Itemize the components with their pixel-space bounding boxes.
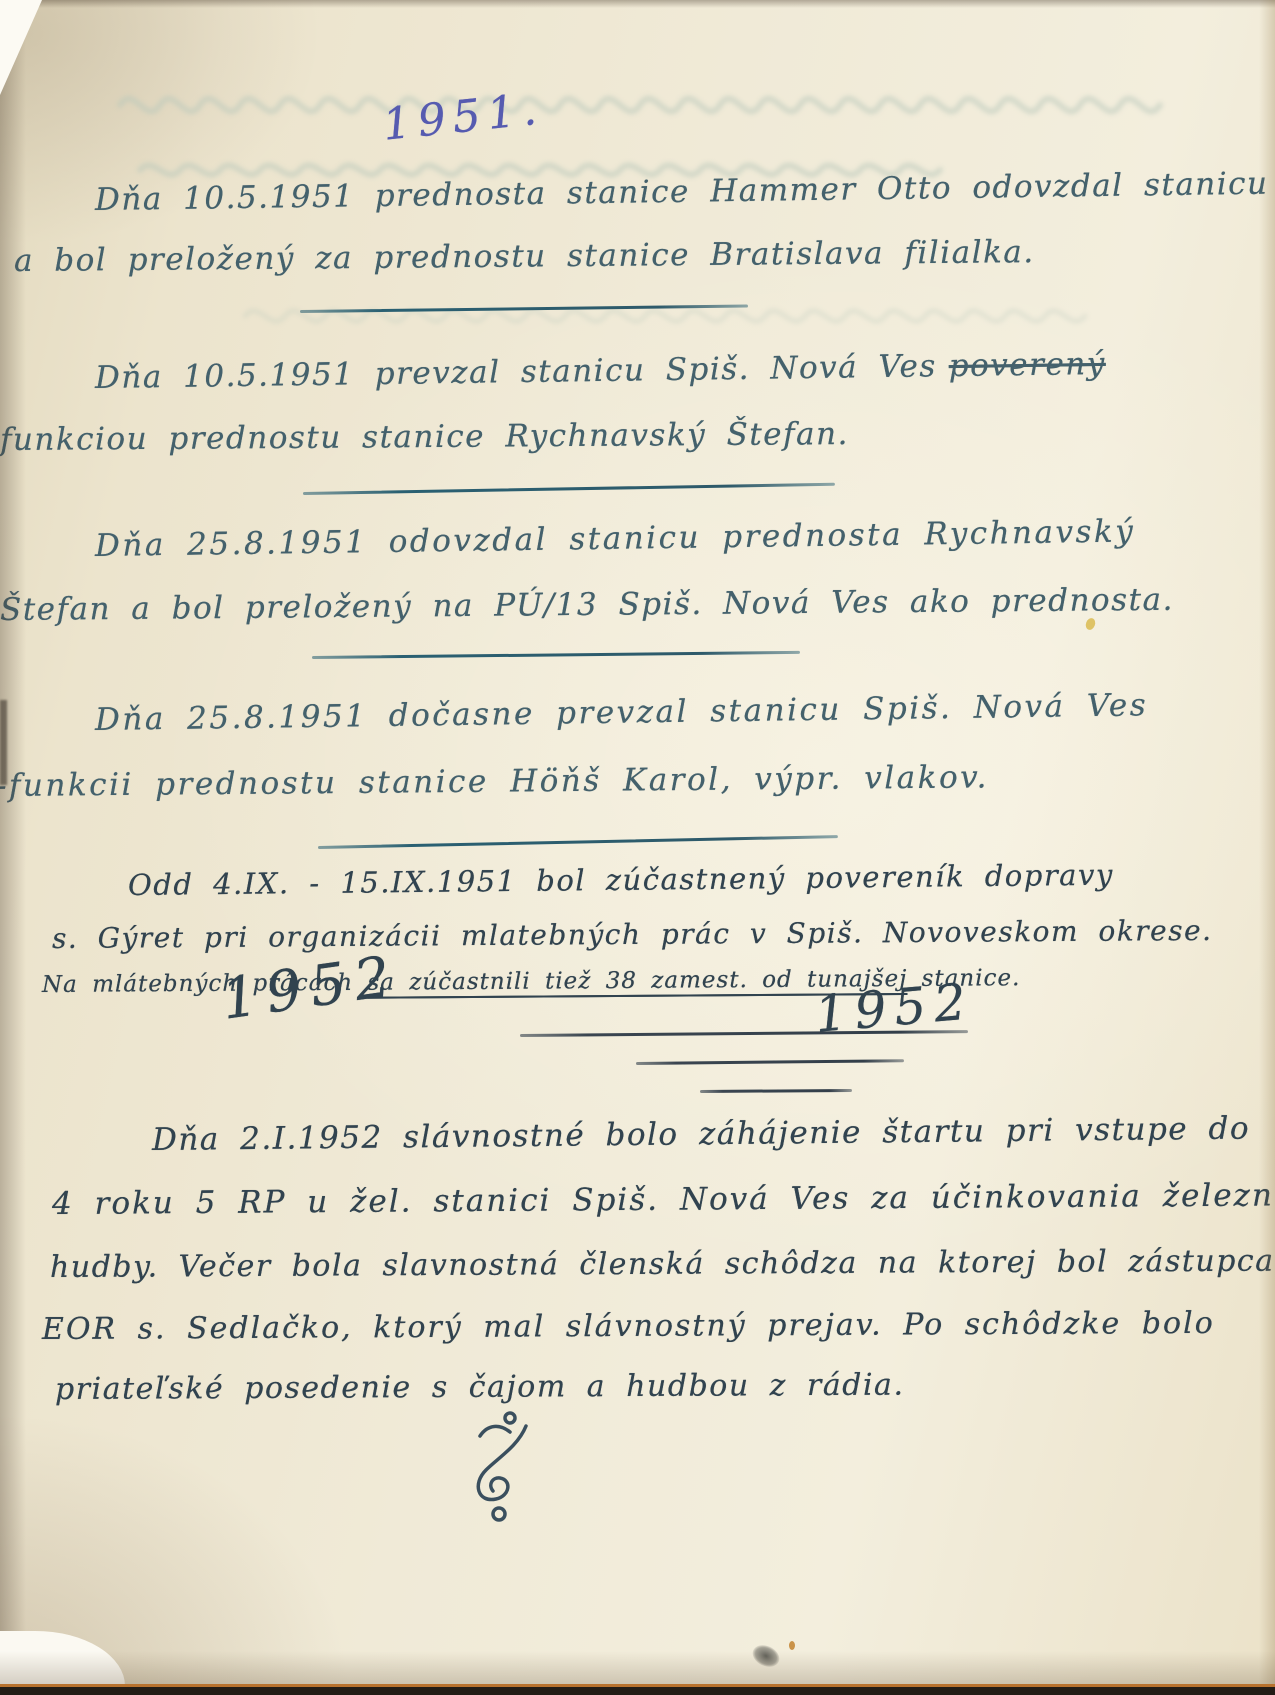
entry-divider-4 bbox=[318, 835, 838, 849]
orange-speck bbox=[789, 1641, 795, 1650]
section-divider-short bbox=[700, 1089, 852, 1093]
yellow-fleck bbox=[1084, 617, 1097, 631]
entry-1951-1-line-2: a bol preložený za prednostu stanice Bra… bbox=[14, 234, 1035, 279]
entry-1951-5-line-1: Odd 4.IX. - 15.IX.1951 bol zúčastnený po… bbox=[128, 858, 1114, 902]
entry-1951-3-line-1: Dňa 25.8.1951 odovzdal stanicu prednosta… bbox=[95, 513, 1136, 564]
entry-1951-3-line-2: Štefan a bol preložený na PÚ/13 Spiš. No… bbox=[0, 582, 1174, 628]
entry-1951-2-line-2: funkciou prednostu stanice Rychnavský Št… bbox=[0, 416, 849, 458]
entry-1951-2-line-1: Dňa 10.5.1951 prevzal stanicu Spiš. Nová… bbox=[95, 346, 1106, 396]
bottom-scan-shadow bbox=[0, 1651, 1275, 1685]
right-edge-shadow bbox=[1259, 0, 1275, 1695]
year-heading-1952-left: 1952 bbox=[217, 943, 403, 1032]
entry-1952-line-5: priateľské posedenie s čajom a hudbou z … bbox=[55, 1368, 905, 1407]
entry-1951-2-line-1-text: Dňa 10.5.1951 prevzal stanicu Spiš. Nová… bbox=[95, 348, 937, 396]
crossed-out-word: poverený bbox=[949, 346, 1107, 384]
bleedthrough-ghost-line-2 bbox=[240, 288, 1100, 338]
top-edge-shadow bbox=[0, 0, 1275, 8]
entry-divider-3 bbox=[312, 651, 800, 659]
entry-1952-line-3: hudby. Večer bola slavnostná členská sch… bbox=[50, 1244, 1275, 1285]
bottom-dark-strip bbox=[0, 1687, 1275, 1695]
left-edge-shadow bbox=[0, 0, 26, 1695]
entry-divider-2 bbox=[303, 483, 835, 495]
entry-1951-5-line-2: s. Gýret pri organizácii mlatebných prác… bbox=[52, 914, 1213, 955]
section-divider-medium bbox=[636, 1059, 904, 1065]
flourish-mark-icon bbox=[452, 1408, 562, 1528]
entry-1951-4-line-2: -funkcii prednostu stanice Höňš Karol, v… bbox=[0, 759, 989, 804]
entry-1952-line-4: EOR s. Sedlačko, ktorý mal slávnostný pr… bbox=[42, 1306, 1215, 1347]
entry-1951-4-line-1: Dňa 25.8.1951 dočasne prevzal stanicu Sp… bbox=[95, 687, 1149, 738]
entry-1952-line-2: 4 roku 5 RP u žel. stanici Spiš. Nová Ve… bbox=[52, 1177, 1275, 1222]
entry-1952-line-1: Dňa 2.I.1952 slávnostné bolo záhájenie š… bbox=[152, 1111, 1250, 1158]
chronicle-page: 1951. Dňa 10.5.1951 prednosta stanice Ha… bbox=[0, 0, 1275, 1695]
